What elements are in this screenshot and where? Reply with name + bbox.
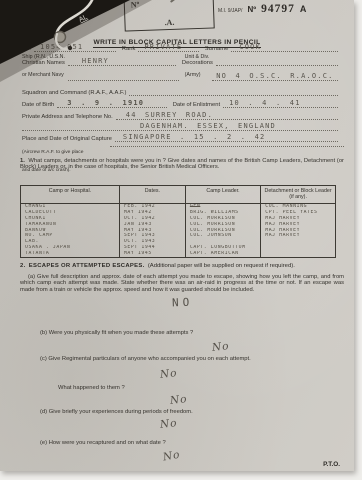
question-2-title: ESCAPES OR ATTEMPTED ESCAPES. [29, 263, 145, 269]
pencil-squiggle [170, 0, 185, 2]
ref-no-symbol: Nº [247, 5, 256, 14]
stamp-a-label: .A. [125, 16, 213, 28]
answer-happened: No [169, 393, 188, 407]
unit-div-label-line1: Unit & Div. [185, 54, 210, 60]
pto-label: P.T.O. [323, 461, 340, 468]
col-header-block-leader: Detachment or Block Leader (if any). [261, 186, 335, 203]
stamp-no-label: Nº [131, 0, 140, 9]
answer-2e: No [162, 449, 181, 464]
answer-2a: NO [172, 296, 194, 310]
question-2-number: 2. [20, 263, 26, 269]
question-1-text: What camps, detachments or hospitals wer… [20, 158, 344, 170]
capture-sub-line1: (Aircrew R.A.F. to give place [22, 150, 83, 155]
ship-field [68, 65, 179, 81]
cell-leader: CAPT. AMERICAN [186, 251, 261, 257]
ship-label-line1: Ship (R.N., U.S.N. [22, 54, 65, 60]
ship-label: Ship (R.N., U.S.N. or Merchant Navy [22, 45, 65, 81]
question-2d-text: (d) Give briefly your experiences during… [40, 409, 340, 415]
question-1: 1. What camps, detachments or hospitals … [20, 158, 344, 171]
rank-value: PRIVATE [138, 43, 182, 51]
camp-table-header: Camp or Hospital. Dates. Camp Leader. De… [21, 186, 335, 204]
reference-number-line: M.I. 9/JAP/ Nº 94797 A [218, 3, 306, 15]
scanned-pow-form: { "stamp": { "no_label": "Nº", "a_label"… [0, 0, 362, 480]
ref-prefix: M.I. 9/JAP/ [218, 8, 242, 14]
question-2-heading: 2. ESCAPES OR ATTEMPTED ESCAPES. (Additi… [20, 263, 295, 269]
christian-names-value: HENRY [68, 57, 109, 65]
camp-table: Camp or Hospital. Dates. Camp Leader. De… [20, 185, 336, 258]
struck-text: GEN [190, 204, 200, 209]
capture-extra-line [110, 138, 344, 147]
col-header-camp: Camp or Hospital. [21, 186, 120, 203]
row-ship-unit: Ship (R.N., U.S.N. or Merchant Navy Unit… [22, 66, 344, 81]
answer-2b: No [211, 340, 230, 354]
ref-suffix: A [300, 4, 307, 14]
stamp-box: Nº .A. [123, 0, 214, 32]
cell-camp: TATANTA [21, 251, 120, 257]
row-number-rank-surname: No. 1054,051 Rank PRIVATE Surname COOK [22, 40, 344, 52]
col-header-dates: Dates. [120, 186, 186, 203]
date-of-birth-value: 3 . 9 . 1910 [57, 99, 144, 107]
enlistment-value: 10 . 4 . 41 [223, 99, 301, 107]
unit-div-label: Unit & Div. (Army) [185, 45, 210, 81]
question-2e-text: (e) How were you recaptured and on what … [40, 440, 340, 446]
ref-number: 94797 [261, 3, 295, 15]
answer-2d: No [159, 417, 178, 431]
col-header-leader: Camp Leader. [186, 186, 261, 203]
question-happened-text: What happened to them ? [58, 385, 340, 391]
question-2-note: (Additional paper will be supplied on re… [148, 263, 295, 269]
question-2c-text: (c) Give Regimental particulars of anyon… [40, 356, 340, 362]
table-row: TATANTA MAY 1945 CAPT. AMERICAN [21, 251, 335, 257]
unit-div-field: NO 4 O.S.C. R.A.O.C. [212, 65, 338, 81]
cell-date: MAY 1945 [120, 251, 186, 257]
unit-div-value: NO 4 O.S.C. R.A.O.C. [212, 72, 333, 80]
question-1-number: 1. [20, 158, 25, 164]
rank-label: Rank [122, 46, 136, 53]
answer-2c: No [159, 367, 178, 381]
question-2b-text: (b) Were you physically fit when you mad… [40, 330, 340, 336]
unit-div-label-line2: (Army) [185, 72, 201, 78]
ship-label-line2: or Merchant Navy [22, 72, 64, 78]
surname-value: COOK [231, 43, 261, 51]
form-paper: Nº .A. M.I. 9/JAP/ Nº 94797 A WRITE IN B… [0, 0, 354, 471]
surname-field: COOK [231, 39, 338, 52]
cell-block-leader [261, 251, 335, 257]
question-2a-text: (a) Give full description and approx. da… [20, 274, 344, 293]
